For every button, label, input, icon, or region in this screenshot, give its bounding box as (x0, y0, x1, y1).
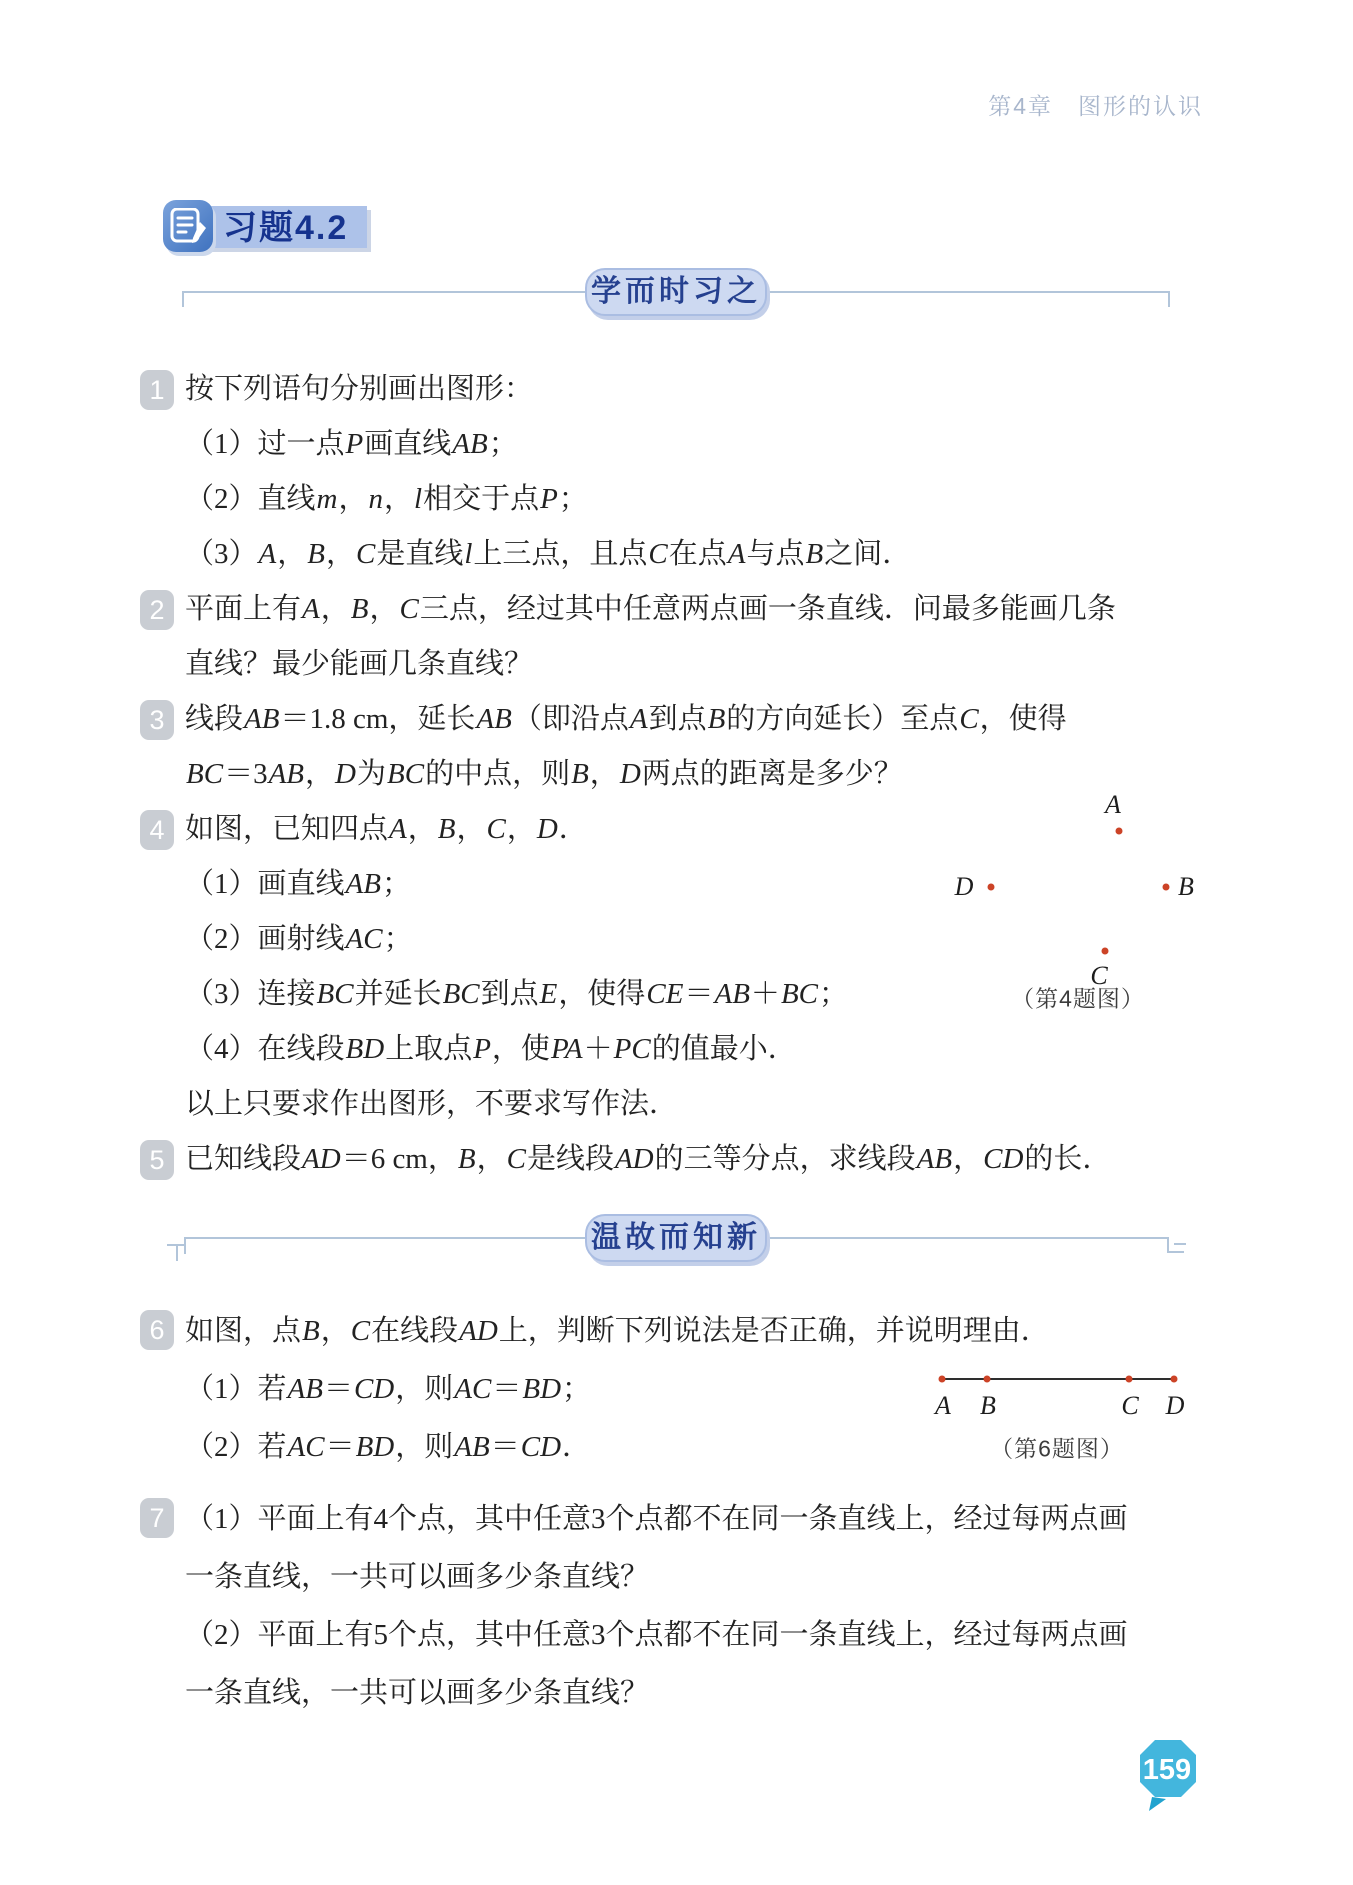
problem-line: 以上只要求作出图形，不要求写作法． (185, 1077, 1220, 1132)
section1-divider-right-tick (1168, 291, 1170, 307)
point-dot-A (939, 1376, 946, 1383)
problem-number-badge: 3 (140, 700, 174, 740)
section2-header-bubble: 温故而知新 (585, 1214, 767, 1262)
problem-lines: （1）平面上有4个点，其中任意3个点都不在同一条直线上，经过每两点画一条直线，一… (185, 1490, 1220, 1722)
segment-line-AD (941, 1378, 1175, 1380)
problem-line: 直线？最少能画几条直线？ (185, 637, 1220, 692)
problem-line: （2）直线m，n，l相交于点P； (185, 472, 1220, 527)
point-label-B: B (980, 1391, 996, 1421)
problem-3: 3线段AB＝1.8 cm，延长AB（即沿点A到点B的方向延长）至点C，使得BC＝… (140, 692, 1220, 802)
exercise-badge-title: 习题4.2 (223, 207, 348, 249)
point-dot-B (1163, 884, 1170, 891)
problem-line: 一条直线，一共可以画多少条直线？ (185, 1664, 1220, 1722)
problem-line: 如图，点B，C在线段AD上，判断下列说法是否正确，并说明理由． (185, 1302, 1220, 1360)
problem-lines: 按下列语句分别画出图形：（1）过一点P画直线AB；（2）直线m，n，l相交于点P… (185, 362, 1220, 582)
problem-lines: 线段AB＝1.8 cm，延长AB（即沿点A到点B的方向延长）至点C，使得BC＝3… (185, 692, 1220, 802)
problem-7: 7（1）平面上有4个点，其中任意3个点都不在同一条直线上，经过每两点画一条直线，… (140, 1490, 1220, 1722)
problem-number-badge: 4 (140, 810, 174, 850)
point-dot-D (1171, 1376, 1178, 1383)
problem-line: （3）A，B，C是直线l上三点，且点C在点A与点B之间． (185, 527, 1220, 582)
point-dot-C (1126, 1376, 1133, 1383)
problem-line: 按下列语句分别画出图形： (185, 362, 1220, 417)
section2-divider-right-mark (1174, 1243, 1186, 1245)
problem-lines: 平面上有A，B，C三点，经过其中任意两点画一条直线．问最多能画几条直线？最少能画… (185, 582, 1220, 692)
problem-line: 平面上有A，B，C三点，经过其中任意两点画一条直线．问最多能画几条 (185, 582, 1220, 637)
point-label-D: D (1166, 1391, 1185, 1421)
figure-problem-6: A B C D （第6题图） (930, 1360, 1210, 1460)
problem-5: 5已知线段AD＝6 cm，B，C是线段AD的三等分点，求线段AB，CD的长． (140, 1132, 1220, 1187)
section2-divider-right-mark2 (1167, 1251, 1184, 1253)
point-dot-A (1116, 828, 1123, 835)
section2-divider-left-tick (184, 1237, 186, 1254)
figure-4-caption: （第4题图） (1011, 981, 1145, 1014)
point-label-A: A (1105, 790, 1121, 820)
problem-line: （1）平面上有4个点，其中任意3个点都不在同一条直线上，经过每两点画 (185, 1490, 1220, 1548)
page-number: 159 (1138, 1754, 1196, 1787)
problem-lines: 已知线段AD＝6 cm，B，C是线段AD的三等分点，求线段AB，CD的长． (185, 1132, 1220, 1187)
problem-number-badge: 7 (140, 1498, 174, 1538)
point-dot-C (1102, 948, 1109, 955)
problem-1: 1按下列语句分别画出图形：（1）过一点P画直线AB；（2）直线m，n，l相交于点… (140, 362, 1220, 582)
problem-number-badge: 1 (140, 370, 174, 410)
section2-divider-left-mark2 (176, 1244, 178, 1261)
problem-line: 线段AB＝1.8 cm，延长AB（即沿点A到点B的方向延长）至点C，使得 (185, 692, 1220, 747)
point-label-A: A (935, 1391, 951, 1421)
problem-line: （1）过一点P画直线AB； (185, 417, 1220, 472)
point-label-D: D (955, 872, 974, 902)
section1-problems: 1按下列语句分别画出图形：（1）过一点P画直线AB；（2）直线m，n，l相交于点… (140, 362, 1220, 1187)
exercise-badge-label: 习题4.2 (205, 206, 367, 248)
section1-header-bubble: 学而时习之 (585, 268, 767, 316)
notebook-pencil-icon (163, 200, 213, 252)
section1-divider-left-tick (182, 291, 184, 307)
problem-number-badge: 2 (140, 590, 174, 630)
problem-line: 已知线段AD＝6 cm，B，C是线段AD的三等分点，求线段AB，CD的长． (185, 1132, 1220, 1187)
point-label-B: B (1178, 872, 1194, 902)
page-number-bubble: 159 (1138, 1740, 1198, 1812)
problem-line: （2）平面上有5个点，其中任意3个点都不在同一条直线上，经过每两点画 (185, 1606, 1220, 1664)
point-label-C: C (1121, 1391, 1138, 1421)
point-dot-D (988, 884, 995, 891)
problem-number-badge: 6 (140, 1310, 174, 1350)
problem-number-badge: 5 (140, 1140, 174, 1180)
chapter-header: 第4章 图形的认识 (988, 88, 1203, 121)
problem-line: 一条直线，一共可以画多少条直线？ (185, 1548, 1220, 1606)
figure-problem-4: A D B C （第4题图） (930, 790, 1210, 1040)
figure-6-caption: （第6题图） (990, 1431, 1124, 1464)
point-dot-B (984, 1376, 991, 1383)
textbook-page: 第4章 图形的认识 习题4.2 学而时习之 1按下列语句分别画出图形：（1）过一… (0, 0, 1353, 1885)
problem-2: 2平面上有A，B，C三点，经过其中任意两点画一条直线．问最多能画几条直线？最少能… (140, 582, 1220, 692)
